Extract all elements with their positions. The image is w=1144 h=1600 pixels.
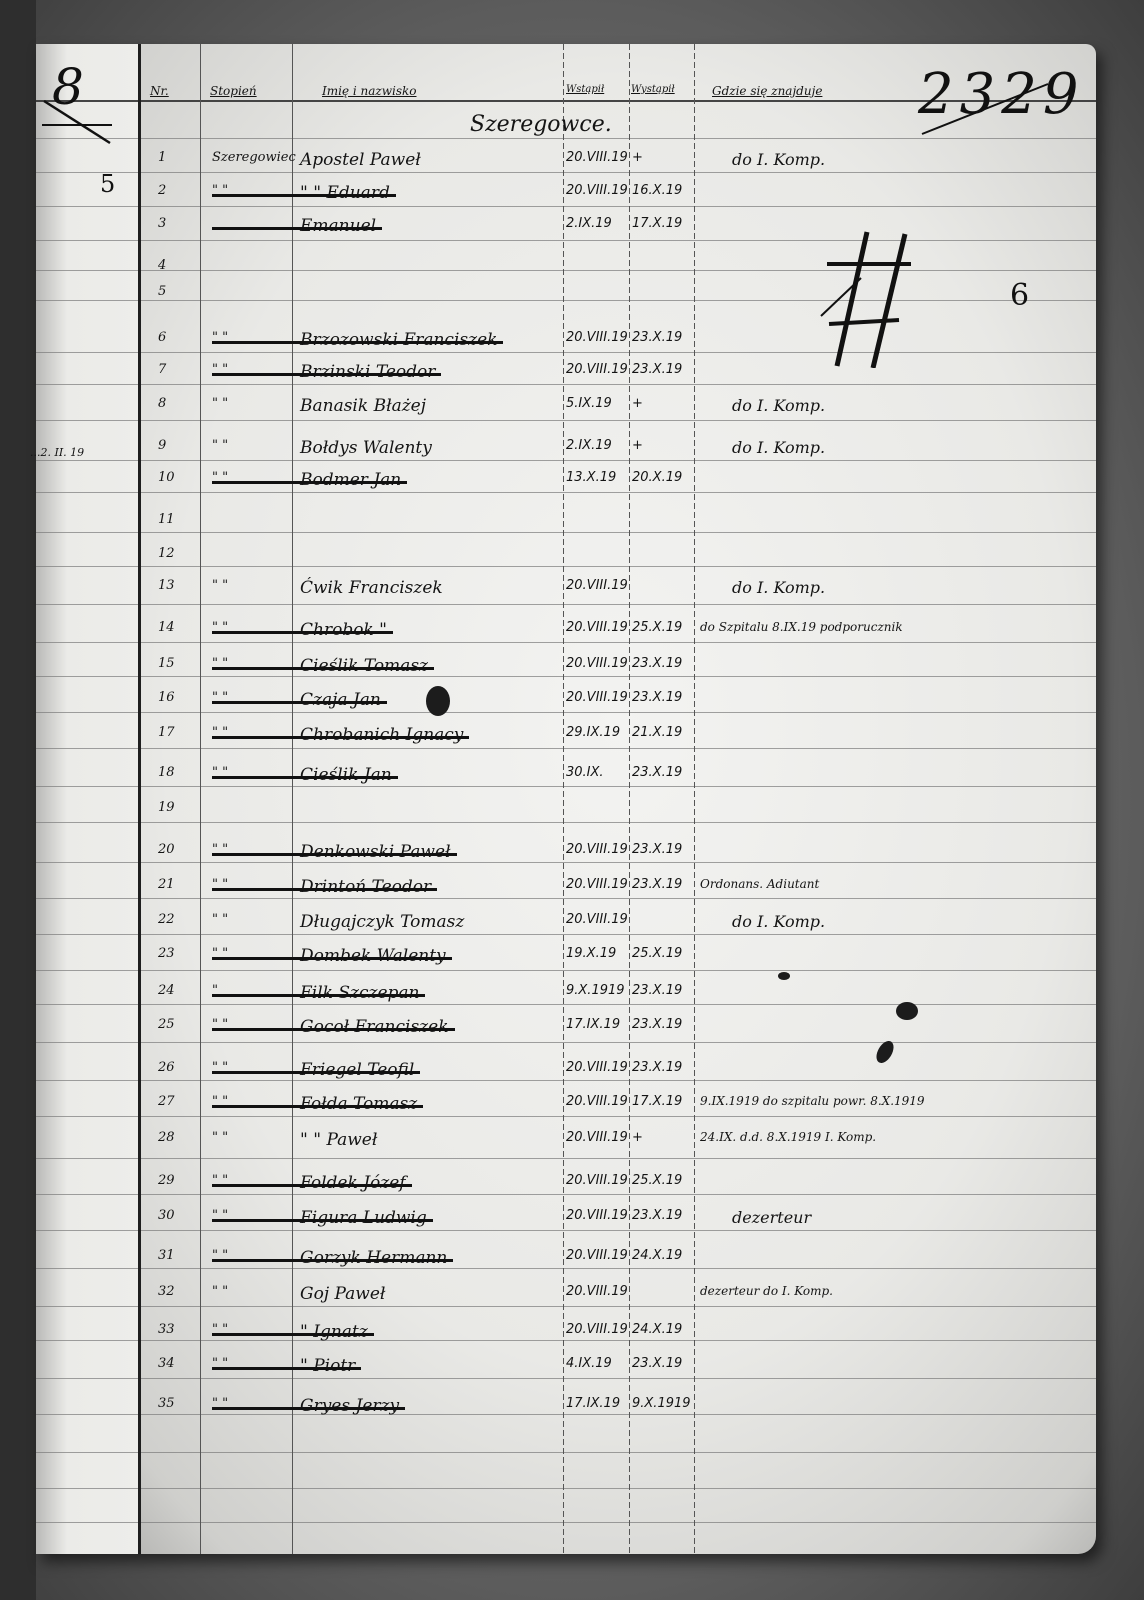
row-name: Gorzyk Hermann [300, 1248, 447, 1268]
ruling-line [36, 1414, 1096, 1415]
row-name: Goj Paweł [300, 1284, 385, 1304]
row-joined-date: 2.IX.19 [566, 438, 612, 453]
row-location: Ordonans. Adiutant [700, 877, 819, 891]
row-joined-date: 30.IX. [566, 765, 604, 780]
ink-blot [426, 686, 450, 716]
page-number-strike [40, 95, 120, 155]
row-number: 23 [158, 946, 175, 961]
row-name: Denkowski Paweł [300, 842, 451, 862]
row-location: do I. Komp. [732, 578, 825, 597]
row-rank: " " [212, 1130, 228, 1145]
row-name: Foldek Józef [300, 1173, 406, 1193]
row-left-date: + [632, 396, 643, 411]
row-number: 26 [158, 1060, 175, 1075]
row-name: Friegel Teofil [300, 1060, 414, 1080]
row-left-date: 23.X.19 [632, 842, 682, 857]
ruling-line [36, 172, 1096, 173]
row-left-date: 24.X.19 [632, 1322, 682, 1337]
row-number: 34 [158, 1356, 175, 1371]
row-left-date: 23.X.19 [632, 690, 682, 705]
ruling-line [36, 676, 1096, 677]
row-left-date: 9.X.1919 [632, 1396, 691, 1411]
row-joined-date: 20.VIII.19 [566, 150, 628, 165]
row-left-date: 17.X.19 [632, 216, 682, 231]
book-spine [0, 0, 36, 1600]
row-number: 19 [158, 800, 175, 815]
row-number: 20 [158, 842, 175, 857]
row-number: 5 [158, 284, 166, 299]
row-joined-date: 4.IX.19 [566, 1356, 612, 1371]
ruling-line [36, 604, 1096, 605]
row-left-date: 23.X.19 [632, 330, 682, 345]
double-hash-mark-icon [815, 228, 915, 368]
ruling-line [36, 934, 1096, 935]
row-left-date: 23.X.19 [632, 877, 682, 892]
row-joined-date: 20.VIII.19 [566, 1248, 628, 1263]
row-name: " Ignatz [300, 1322, 368, 1342]
row-name: Chrobok " [300, 620, 387, 640]
ink-blot [896, 1002, 918, 1020]
ruling-line [36, 206, 1096, 207]
row-number: 2 [158, 183, 166, 198]
row-location: do I. Komp. [732, 438, 825, 457]
row-joined-date: 20.VIII.19 [566, 1208, 628, 1223]
row-left-date: 23.X.19 [632, 656, 682, 671]
row-left-date: 23.X.19 [632, 1017, 682, 1032]
row-location: dezerteur [732, 1208, 811, 1227]
header-name: Imię i nazwisko [322, 84, 417, 98]
row-number: 22 [158, 912, 175, 927]
row-left-date: + [632, 150, 643, 165]
row-joined-date: 20.VIII.19 [566, 1322, 628, 1337]
row-left-date: 17.X.19 [632, 1094, 682, 1109]
row-number: 27 [158, 1094, 175, 1109]
ruling-line [36, 748, 1096, 749]
ruling-line [36, 822, 1096, 823]
header-left: Wystąpił [631, 84, 675, 95]
row-left-date: + [632, 1130, 643, 1145]
row-left-date: 24.X.19 [632, 1248, 682, 1263]
row-joined-date: 20.VIII.19 [566, 578, 628, 593]
row-left-date: 23.X.19 [632, 1356, 682, 1371]
ruling-line [36, 1080, 1096, 1081]
row-rank: " " [212, 578, 228, 593]
row-number: 21 [158, 877, 175, 892]
row-number: 15 [158, 656, 175, 671]
row-number: 17 [158, 725, 175, 740]
row-joined-date: 20.VIII.19 [566, 656, 628, 671]
ruling-line [36, 1230, 1096, 1231]
section-heading: Szeregowce. [470, 112, 612, 137]
row-number: 29 [158, 1173, 175, 1188]
row-rank: " " [212, 438, 228, 453]
row-location: 9.IX.1919 do szpitalu powr. 8.X.1919 [700, 1094, 925, 1108]
row-number: 32 [158, 1284, 175, 1299]
row-number: 28 [158, 1130, 175, 1145]
row-location: do Szpitalu 8.IX.19 podporucznik [700, 620, 903, 634]
row-left-date: 25.X.19 [632, 1173, 682, 1188]
ruling-line [36, 270, 1096, 271]
row-joined-date: 20.VIII.19 [566, 842, 628, 857]
row-joined-date: 20.VIII.19 [566, 912, 628, 927]
row-left-date: + [632, 438, 643, 453]
row-name: " " Eduard [300, 183, 390, 203]
margin-mark-5: 5 [100, 170, 115, 198]
ruling-line [36, 352, 1096, 353]
row-number: 7 [158, 362, 166, 377]
row-location: do I. Komp. [732, 396, 825, 415]
row-left-date: 23.X.19 [632, 1060, 682, 1075]
margin-rule [138, 44, 141, 1554]
column-rule-left [694, 44, 695, 1554]
row-joined-date: 20.VIII.19 [566, 620, 628, 635]
row-name: Ćwik Franciszek [300, 578, 443, 598]
column-rule-no [200, 44, 201, 1554]
row-number: 11 [158, 512, 175, 527]
row-name: Bodmer Jan [300, 470, 401, 490]
row-joined-date: 2.IX.19 [566, 216, 612, 231]
row-rank: Szeregowiec [212, 150, 296, 165]
column-rule-joined [629, 44, 630, 1554]
ruling-line [36, 1452, 1096, 1453]
row-name: Banasik Błażej [300, 396, 426, 416]
ruling-line [36, 1116, 1096, 1117]
ruling-line [36, 1004, 1096, 1005]
row-number: 24 [158, 983, 175, 998]
ruling-line [36, 532, 1096, 533]
row-joined-date: 20.VIII.19 [566, 690, 628, 705]
ruling-line [36, 420, 1096, 421]
row-joined-date: 5.IX.19 [566, 396, 612, 411]
row-location: do I. Komp. [732, 150, 825, 169]
row-name: Figura Ludwig [300, 1208, 427, 1228]
row-location: 24.IX. d.d. 8.X.1919 I. Komp. [700, 1130, 876, 1144]
row-name: Drintoń Teodor [300, 877, 431, 897]
row-rank: " " [212, 912, 228, 927]
row-joined-date: 20.VIII.19 [566, 1284, 628, 1299]
row-number: 6 [158, 330, 166, 345]
row-left-date: 16.X.19 [632, 183, 682, 198]
header-rank: Stopień [210, 84, 257, 98]
row-number: 14 [158, 620, 175, 635]
ruling-line [36, 1340, 1096, 1341]
margin-mark-6: 6 [1010, 278, 1029, 313]
row-number: 1 [158, 150, 166, 165]
ruling-line [36, 460, 1096, 461]
margin-note-row9: ...2. II. 19 [30, 446, 84, 459]
row-number: 25 [158, 1017, 175, 1032]
row-name: Brzozowski Franciszek [300, 330, 497, 350]
row-name: " " Paweł [300, 1130, 377, 1150]
row-name: Emanuel [300, 216, 376, 236]
row-number: 33 [158, 1322, 175, 1337]
ruling-line [36, 786, 1096, 787]
row-rank: " " [212, 396, 228, 411]
header-no: Nr. [150, 84, 169, 98]
ruling-line [36, 492, 1096, 493]
header-location: Gdzie się znajduje [712, 84, 822, 98]
row-joined-date: 19.X.19 [566, 946, 616, 961]
row-joined-date: 20.VIII.19 [566, 183, 628, 198]
row-name: Długajczyk Tomasz [300, 912, 464, 932]
row-name: Brzinski Teodor [300, 362, 435, 382]
row-name: Apostel Paweł [300, 150, 421, 170]
row-number: 10 [158, 470, 175, 485]
row-joined-date: 20.VIII.19 [566, 1130, 628, 1145]
row-number: 12 [158, 546, 175, 561]
row-name: Cieślik Jan [300, 765, 392, 785]
row-number: 9 [158, 438, 166, 453]
ruling-line [36, 1268, 1096, 1269]
row-number: 35 [158, 1396, 175, 1411]
row-number: 8 [158, 396, 166, 411]
row-joined-date: 20.VIII.19 [566, 1060, 628, 1075]
row-left-date: 23.X.19 [632, 765, 682, 780]
row-joined-date: 20.VIII.19 [566, 1094, 628, 1109]
row-joined-date: 29.IX.19 [566, 725, 620, 740]
row-name: Chrobanich Ignacy [300, 725, 463, 745]
row-number: 4 [158, 258, 166, 273]
row-left-date: 20.X.19 [632, 470, 682, 485]
ruling-line [36, 1042, 1096, 1043]
row-name: Gryes Jerzy [300, 1396, 399, 1416]
row-joined-date: 20.VIII.19 [566, 1173, 628, 1188]
ruling-line [36, 300, 1096, 301]
row-joined-date: 20.VIII.19 [566, 330, 628, 345]
ruling-line [36, 384, 1096, 385]
ruling-line [36, 1158, 1096, 1159]
row-left-date: 21.X.19 [632, 725, 682, 740]
row-left-date: 23.X.19 [632, 983, 682, 998]
row-joined-date: 20.VIII.19 [566, 362, 628, 377]
row-number: 13 [158, 578, 175, 593]
ruling-line [36, 1378, 1096, 1379]
row-left-date: 25.X.19 [632, 620, 682, 635]
row-name: " Piotr [300, 1356, 355, 1376]
row-joined-date: 20.VIII.19 [566, 877, 628, 892]
ruling-line [36, 1306, 1096, 1307]
ink-blot [778, 972, 790, 980]
row-name: Filk Szczepan [300, 983, 419, 1003]
row-rank: " " [212, 1284, 228, 1299]
row-name: Gocoł Franciszek [300, 1017, 449, 1037]
row-joined-date: 17.IX.19 [566, 1017, 620, 1032]
column-rule-rank [292, 44, 293, 1554]
ruling-line [36, 1522, 1096, 1523]
ruling-line [36, 240, 1096, 241]
row-joined-date: 13.X.19 [566, 470, 616, 485]
ruling-line [36, 970, 1096, 971]
ruling-line [36, 898, 1096, 899]
ruling-line [36, 862, 1096, 863]
row-left-date: 23.X.19 [632, 1208, 682, 1223]
row-name: Fołda Tomasz [300, 1094, 417, 1114]
row-number: 31 [158, 1248, 175, 1263]
row-name: Czaja Jan [300, 690, 381, 710]
row-number: 30 [158, 1208, 175, 1223]
row-number: 16 [158, 690, 175, 705]
ruling-line [36, 566, 1096, 567]
row-location: do I. Komp. [732, 912, 825, 931]
row-number: 3 [158, 216, 166, 231]
row-location: dezerteur do I. Komp. [700, 1284, 833, 1298]
row-joined-date: 17.IX.19 [566, 1396, 620, 1411]
row-number: 18 [158, 765, 175, 780]
row-joined-date: 9.X.1919 [566, 983, 625, 998]
row-name: Bołdys Walenty [300, 438, 432, 458]
ruling-line [36, 1194, 1096, 1195]
ruling-line [36, 712, 1096, 713]
column-rule-name [563, 44, 564, 1554]
header-joined: Wstąpił [566, 84, 604, 95]
row-name: Dombek Walenty [300, 946, 446, 966]
ruling-line [36, 1488, 1096, 1489]
row-left-date: 25.X.19 [632, 946, 682, 961]
ruling-line [36, 642, 1096, 643]
row-name: Cieślik Tomasz [300, 656, 428, 676]
row-left-date: 23.X.19 [632, 362, 682, 377]
page-number-right-strike [918, 70, 1058, 140]
